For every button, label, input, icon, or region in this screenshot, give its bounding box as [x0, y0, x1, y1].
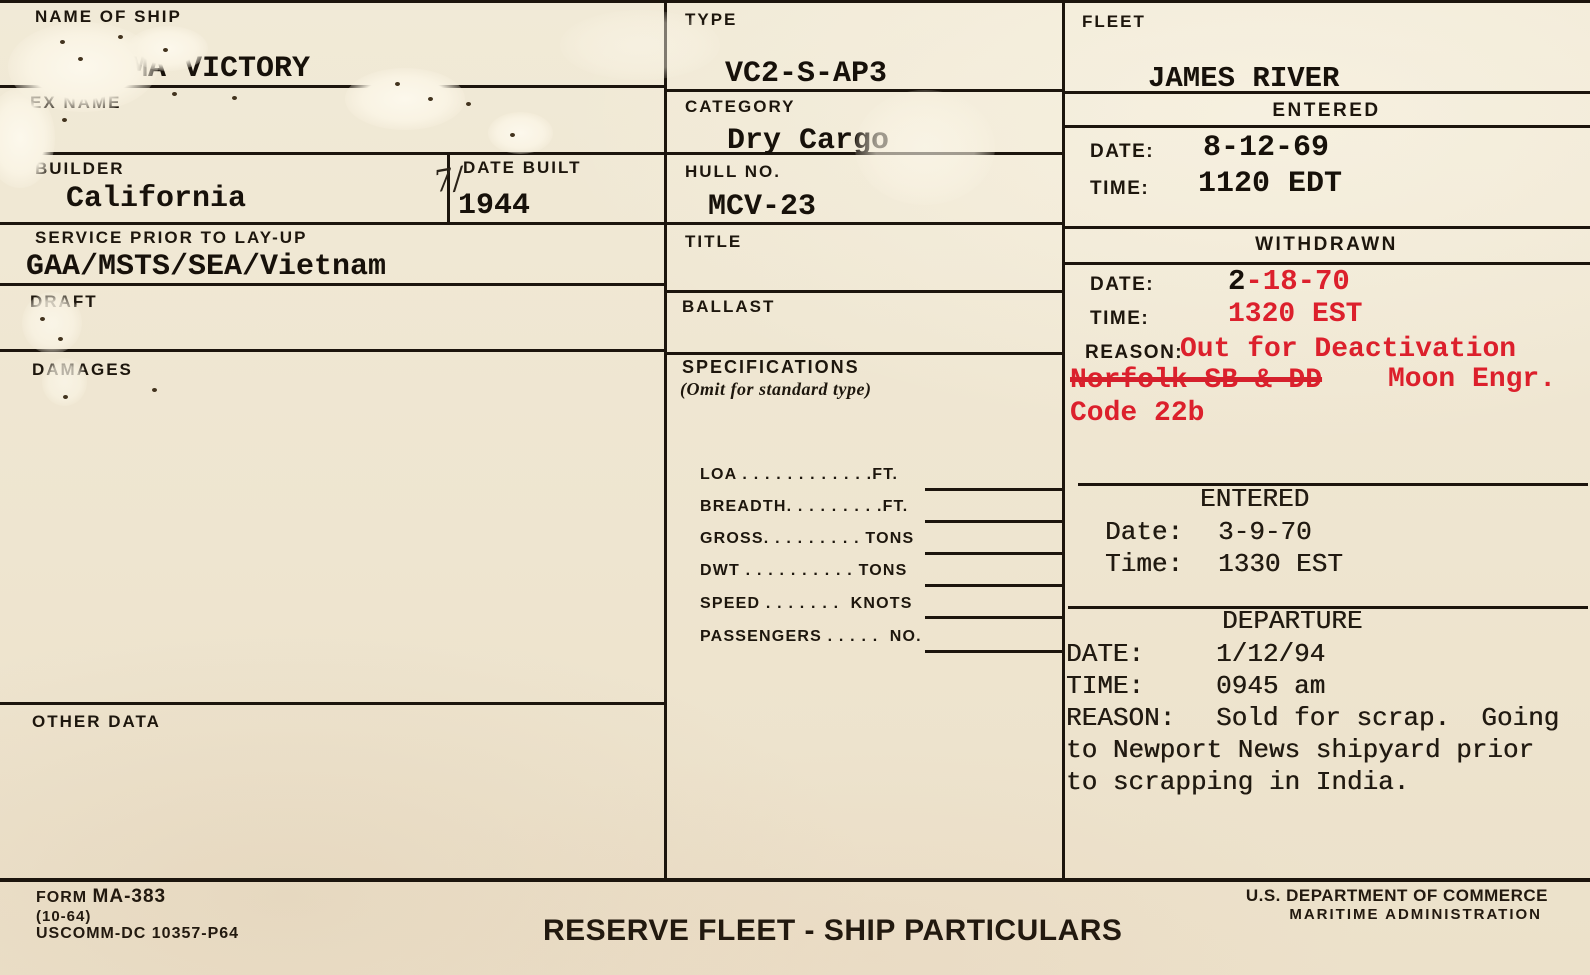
line-under-builder	[0, 222, 1063, 225]
departure-reason-line2: to Newport News shipyard prior	[1066, 737, 1534, 763]
line-above-withdrawn	[1063, 226, 1590, 229]
date-built-value: 1944	[458, 191, 530, 221]
form-number: MA-383	[93, 886, 167, 907]
withdrawn-date-red-part: -18-70	[1245, 265, 1349, 298]
spec-row-gross: GROSS. . . . . . . . . TONS	[700, 530, 914, 548]
departure-date-label: DATE:	[1066, 641, 1144, 667]
paper-speck	[395, 82, 400, 86]
departure-time-label: TIME:	[1066, 673, 1144, 699]
spec-row-breadth: BREADTH. . . . . . . . .FT.	[700, 498, 908, 516]
paper-speck	[428, 97, 433, 101]
form-word: FORM	[36, 889, 93, 906]
document-title: RESERVE FLEET - SHIP PARTICULARS	[543, 914, 1122, 948]
paper-speck	[58, 337, 63, 341]
departure-header: DEPARTURE	[1222, 608, 1362, 634]
entered2-time-label: Time:	[1105, 551, 1183, 577]
paper-speck	[118, 35, 123, 39]
withdrawn-note-after-struck: Moon Engr.	[1388, 366, 1556, 394]
line-under-title	[665, 290, 1063, 293]
paper-speck	[510, 133, 515, 137]
category-label: CATEGORY	[685, 97, 795, 117]
fleet-value: JAMES RIVER	[1148, 64, 1339, 93]
paper-stain	[488, 112, 553, 154]
departure-time-value: 0945 am	[1216, 673, 1325, 699]
form-revision: (10-64)	[36, 908, 91, 925]
paper-speck	[78, 57, 83, 61]
paper-stain	[345, 68, 465, 130]
spec-blank-loa	[925, 488, 1063, 491]
withdrawn-reason-label: REASON:	[1085, 342, 1183, 364]
spec-blank-passengers	[925, 650, 1063, 653]
withdrawn-code: Code 22b	[1070, 400, 1204, 428]
paper-speck	[62, 118, 67, 122]
hull-no-value: MCV-23	[708, 192, 816, 222]
line-under-ballast	[665, 352, 1063, 355]
paper-speck	[40, 317, 45, 321]
departure-reason-line3: to scrapping in India.	[1066, 769, 1409, 795]
entered-time-value: 1120 EDT	[1198, 169, 1342, 199]
paper-crease	[855, 90, 995, 205]
entered-time-label: TIME:	[1090, 178, 1149, 200]
entered2-date-label: Date:	[1105, 519, 1183, 545]
type-value: VC2-S-AP3	[725, 59, 887, 89]
departure-reason-label: REASON:	[1066, 705, 1175, 731]
line-under-draft	[0, 349, 665, 352]
withdrawn-time-value: 1320 EST	[1228, 301, 1362, 329]
paper-stain	[128, 26, 208, 71]
line-under-entered-hdr	[1063, 125, 1590, 128]
date-built-label: DATE BUILT	[463, 158, 582, 178]
agency-name: U.S. DEPARTMENT OF COMMERCE	[1246, 886, 1548, 906]
paper-speck	[466, 102, 471, 106]
specifications-note: (Omit for standard type)	[680, 379, 872, 400]
divider-mid-right	[1062, 0, 1065, 881]
divider-left-mid	[664, 0, 667, 881]
paper-speck	[152, 388, 157, 392]
typed-line-above-entered2	[1078, 483, 1588, 486]
other-data-label: OTHER DATA	[32, 712, 161, 732]
entered-date-value: 8-12-69	[1203, 133, 1329, 163]
withdrawn-date-black-part: 2	[1228, 265, 1245, 298]
border-top	[0, 0, 1590, 3]
service-prior-value: GAA/MSTS/SEA/Vietnam	[26, 252, 386, 282]
spec-blank-speed	[925, 616, 1063, 619]
entered2-time-value: 1330 EST	[1218, 551, 1343, 577]
spec-row-speed: SPEED . . . . . . . KNOTS	[700, 595, 913, 613]
ballast-label: BALLAST	[682, 297, 775, 317]
paper-stain	[22, 292, 82, 354]
form-code: USCOMM-DC 10357-P64	[36, 925, 239, 943]
spec-blank-breadth	[925, 520, 1063, 523]
entered-header: ENTERED	[1063, 100, 1590, 122]
ship-particulars-card: NAME OF SHIP SELMA VICTORY EX NAME BUILD…	[0, 0, 1590, 975]
builder-value: California	[66, 184, 246, 214]
agency-division: MARITIME ADMINISTRATION	[1289, 906, 1542, 923]
paper-speck	[63, 395, 68, 399]
spec-blank-gross	[925, 552, 1063, 555]
withdrawn-struck-text: Norfolk SB & DD	[1070, 367, 1322, 395]
specifications-label: SPECIFICATIONS	[682, 357, 860, 378]
entered-date-label: DATE:	[1090, 141, 1154, 163]
departure-reason-line1: Sold for scrap. Going	[1216, 705, 1559, 731]
form-number-line: FORM MA-383	[36, 886, 166, 908]
paper-speck	[232, 96, 237, 100]
entered2-header: ENTERED	[1200, 486, 1309, 512]
paper-speck	[172, 92, 177, 96]
departure-date-value: 1/12/94	[1216, 641, 1325, 667]
spec-row-loa: LOA . . . . . . . . . . . .FT.	[700, 466, 898, 484]
border-bottom	[0, 878, 1590, 882]
spec-row-passengers: PASSENGERS . . . . . NO.	[700, 628, 922, 646]
paper-speck	[163, 48, 168, 52]
withdrawn-date-value: 2-18-70	[1228, 267, 1350, 296]
withdrawn-header: WITHDRAWN	[1063, 234, 1590, 256]
entered2-date-value: 3-9-70	[1218, 519, 1312, 545]
withdrawn-reason-value: Out for Deactivation	[1180, 336, 1516, 364]
title-label: TITLE	[685, 232, 742, 252]
line-above-otherdata	[0, 702, 665, 705]
paper-crease	[560, 10, 720, 80]
spec-row-dwt: DWT . . . . . . . . . . TONS	[700, 562, 908, 580]
paper-speck	[60, 40, 65, 44]
spec-blank-dwt	[925, 584, 1063, 587]
hull-no-label: HULL NO.	[685, 162, 781, 182]
service-prior-label: SERVICE PRIOR TO LAY-UP	[35, 228, 307, 248]
withdrawn-time-label: TIME:	[1090, 308, 1149, 330]
withdrawn-date-label: DATE:	[1090, 274, 1154, 296]
fleet-label: FLEET	[1082, 12, 1146, 32]
